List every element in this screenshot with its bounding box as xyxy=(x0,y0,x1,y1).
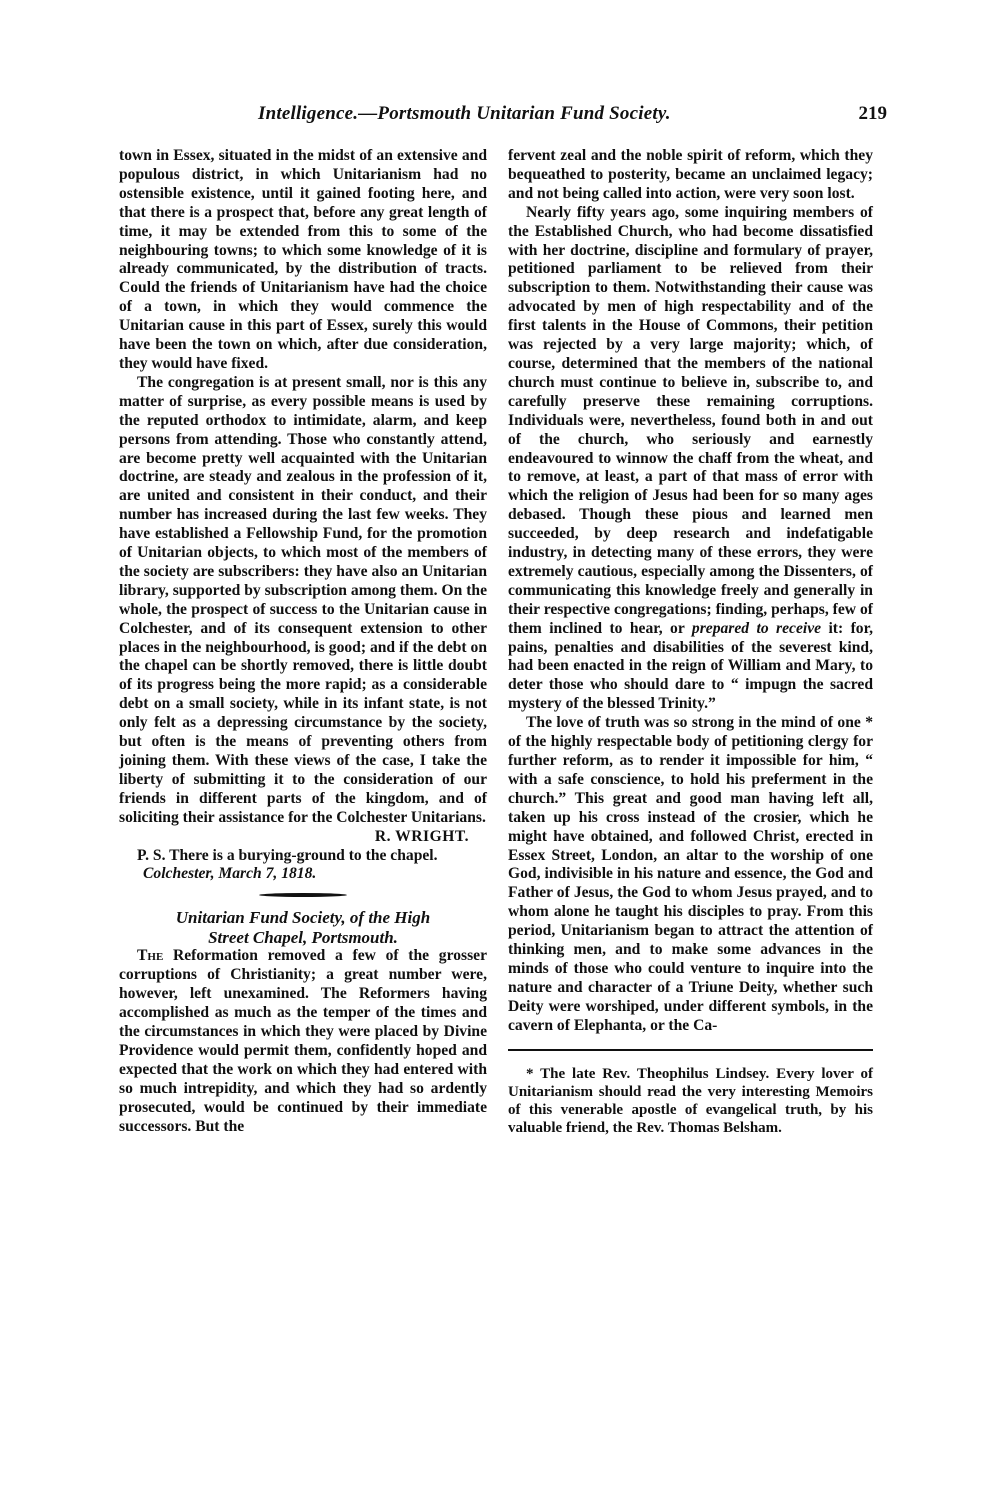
running-head: Intelligence.—Portsmouth Unitarian Fund … xyxy=(258,103,671,125)
page-header: Intelligence.—Portsmouth Unitarian Fund … xyxy=(240,103,890,129)
paragraph-text: Reformation removed a few of the grosser… xyxy=(119,947,487,1134)
paragraph: The congregation is at present small, no… xyxy=(119,374,487,828)
paragraph: Nearly fifty years ago, some inquiring m… xyxy=(508,204,873,714)
section-title-line1: Unitarian Fund Society, of the High xyxy=(176,908,430,927)
paragraph: The Reformation removed a few of the gro… xyxy=(119,947,487,1136)
section-title: Unitarian Fund Society, of the High Stre… xyxy=(119,908,487,947)
paragraph-text: Nearly fifty years ago, some inquiring m… xyxy=(508,204,873,637)
right-column: fervent zeal and the noble spirit of ref… xyxy=(508,147,873,1137)
signature: R. WRIGHT. xyxy=(119,828,487,847)
paragraph: The love of truth was so strong in the m… xyxy=(508,714,873,1035)
left-column: town in Essex, situated in the midst of … xyxy=(119,147,487,1136)
dateline: Colchester, March 7, 1818. xyxy=(119,865,487,884)
footnote-rule xyxy=(508,1049,873,1051)
ornamental-divider xyxy=(119,890,487,900)
postscript: P. S. There is a burying-ground to the c… xyxy=(119,847,487,866)
section-title-line2: Street Chapel, Portsmouth. xyxy=(208,928,398,947)
italic-phrase: prepared to receive xyxy=(692,620,821,637)
footnote: * The late Rev. Theophilus Lindsey. Ever… xyxy=(508,1065,873,1138)
drop-word: The xyxy=(137,947,163,964)
paragraph: fervent zeal and the noble spirit of ref… xyxy=(508,147,873,204)
paragraph: town in Essex, situated in the midst of … xyxy=(119,147,487,374)
page-number: 219 xyxy=(859,103,888,125)
